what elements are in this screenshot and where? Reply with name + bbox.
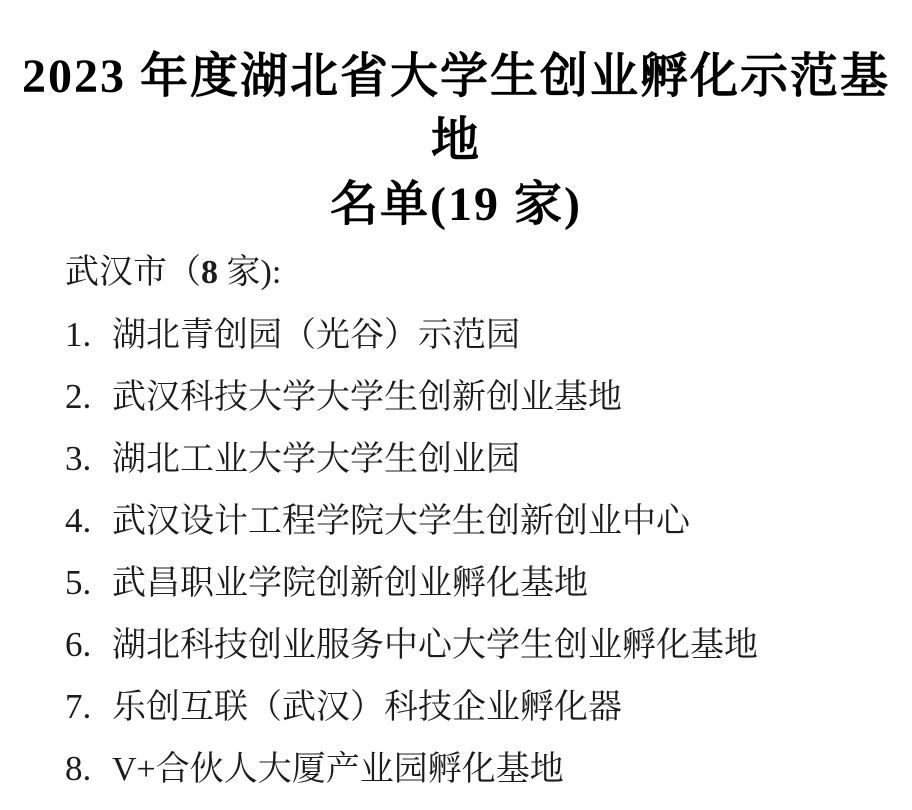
list-item-number: 3. [65,428,112,490]
list-item: 6.湖北科技创业服务中心大学生创业孵化基地 [65,614,897,676]
list-item-number: 7. [65,676,112,738]
list-item-name: 乐创互联（武汉）科技企业孵化器 [112,689,622,726]
list-item-number: 6. [65,614,112,676]
list-item-number: 8. [65,738,112,800]
list-item: 7.乐创互联（武汉）科技企业孵化器 [65,676,897,738]
title-line-2: 名单(19 家) [0,173,912,237]
list-item-name: 湖北科技创业服务中心大学生创业孵化基地 [112,627,758,664]
section-header-suffix: 家): [218,254,281,291]
list-item-name: 武汉设计工程学院大学生创新创业中心 [112,503,690,540]
list-item-name: 武汉科技大学大学生创新创业基地 [112,379,622,416]
list-item-name: V+合伙人大厦产业园孵化基地 [112,751,564,788]
list-item-number: 1. [65,304,112,366]
document-title: 2023 年度湖北省大学生创业孵化示范基地 名单(19 家) [0,45,912,237]
list-item-name: 湖北青创园（光谷）示范园 [112,317,520,354]
document-page: 2023 年度湖北省大学生创业孵化示范基地 名单(19 家) 武汉市（8 家):… [0,0,912,810]
list-item: 1.湖北青创园（光谷）示范园 [65,304,897,366]
list-item-number: 5. [65,552,112,614]
section-header: 武汉市（8 家): [65,242,897,304]
list-item-number: 4. [65,490,112,552]
list-item: 3.湖北工业大学大学生创业园 [65,428,897,490]
list-item: 5.武昌职业学院创新创业孵化基地 [65,552,897,614]
section-header-count: 8 [201,254,218,291]
list-item-name: 武昌职业学院创新创业孵化基地 [112,565,588,602]
section-header-prefix: 武汉市（ [65,254,201,291]
list-item-name: 湖北工业大学大学生创业园 [112,441,520,478]
list-item: 2.武汉科技大学大学生创新创业基地 [65,366,897,428]
document-body: 武汉市（8 家): 1.湖北青创园（光谷）示范园 2.武汉科技大学大学生创新创业… [65,242,897,800]
list-item-number: 2. [65,366,112,428]
list-item: 8.V+合伙人大厦产业园孵化基地 [65,738,897,800]
title-line-1: 2023 年度湖北省大学生创业孵化示范基地 [0,45,912,173]
list-item: 4.武汉设计工程学院大学生创新创业中心 [65,490,897,552]
